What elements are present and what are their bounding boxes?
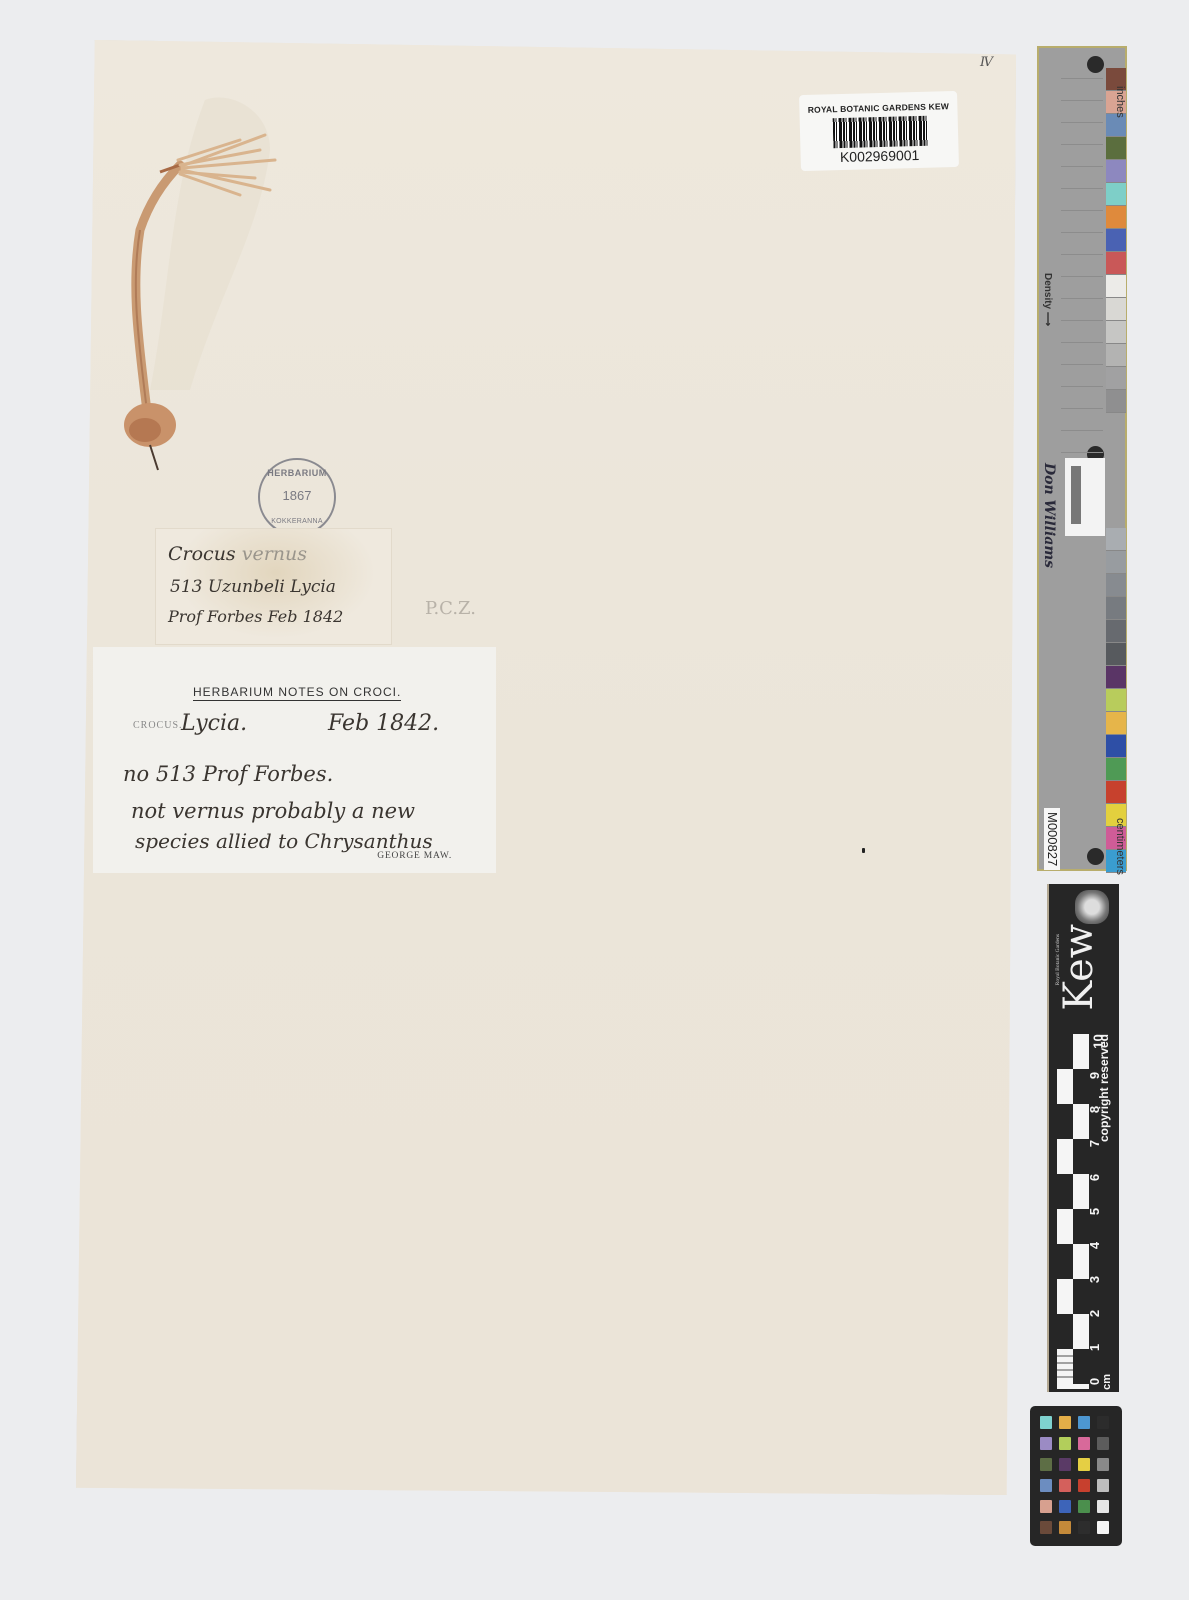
color-swatch <box>1106 229 1126 252</box>
color-swatch <box>1106 735 1126 758</box>
checker-color-cell <box>1097 1500 1109 1513</box>
color-swatch <box>1106 643 1126 666</box>
checker-color-cell <box>1059 1416 1071 1429</box>
cm-scale-number: 5 <box>1087 1208 1102 1215</box>
color-swatch <box>1106 689 1126 712</box>
cm-scale-number: 9 <box>1087 1072 1102 1079</box>
stamp-bottom-text: KOKKERANNA <box>260 518 334 525</box>
color-swatch <box>1106 390 1126 413</box>
cm-scale-numbers: 012345678910 <box>1089 1034 1109 1389</box>
label-line-2: 513 Uzunbeli Lycia <box>170 577 336 597</box>
cm-scale-number: 6 <box>1087 1174 1102 1181</box>
color-swatch <box>1106 551 1126 574</box>
ruler-brand: Don Williams <box>1041 463 1057 568</box>
checker-color-cell <box>1059 1437 1071 1450</box>
herbarium-stamp: HERBARIUM 1867 KOKKERANNA <box>258 458 336 536</box>
ruler-swatches-upper <box>1106 68 1126 413</box>
color-swatch <box>1106 712 1126 735</box>
color-swatch <box>1106 206 1126 229</box>
color-swatch <box>1106 597 1126 620</box>
kew-subtitle: Royal Botanic Gardens <box>1055 934 1061 985</box>
ruler-gray-target <box>1065 458 1105 536</box>
cm-scale-number: 10 <box>1091 1034 1106 1048</box>
sheet-corner-mark: Ⅳ <box>980 55 993 70</box>
cm-scale-number: 1 <box>1087 1344 1102 1351</box>
checker-color-cell <box>1078 1500 1090 1513</box>
cm-unit-label: cm <box>1101 1374 1113 1390</box>
cm-scale-number: 3 <box>1087 1276 1102 1283</box>
checker-color-cell <box>1097 1479 1109 1492</box>
card-note-3: species allied to Chrysanthus <box>135 829 433 853</box>
sheet-speck <box>862 848 865 853</box>
label-genus: Crocus <box>168 543 236 565</box>
cm-scale-number: 7 <box>1087 1140 1102 1147</box>
color-swatch <box>1106 183 1126 206</box>
color-swatch <box>1106 298 1126 321</box>
color-swatch <box>1106 160 1126 183</box>
ruler-density-label: Density ⟶ <box>1042 273 1053 326</box>
label-species-faint: vernus <box>242 543 307 565</box>
maw-notes-card: HERBARIUM NOTES ON CROCI. CROCUS. Lycia.… <box>93 647 496 873</box>
cm-scale-icon <box>1057 1034 1089 1389</box>
checker-color-cell <box>1078 1479 1090 1492</box>
checker-color-cell <box>1078 1437 1090 1450</box>
pencil-annotation: P.C.Z. <box>425 598 476 619</box>
checker-color-cell <box>1078 1416 1090 1429</box>
checker-color-cell <box>1059 1458 1071 1471</box>
color-swatch <box>1106 781 1126 804</box>
color-checker-card <box>1030 1406 1122 1546</box>
checker-color-cell <box>1040 1416 1052 1429</box>
checker-color-cell <box>1059 1500 1071 1513</box>
checker-color-cell <box>1040 1479 1052 1492</box>
barcode-label: ROYAL BOTANIC GARDENS KEW K002969001 <box>799 91 959 171</box>
card-note-2: not vernus probably a new <box>131 799 415 823</box>
checker-color-cell <box>1059 1479 1071 1492</box>
color-ruler: inches Density ⟶ Don Williams M000827 ce… <box>1037 46 1127 871</box>
ruler-data-grid <box>1061 78 1103 458</box>
checker-color-cell <box>1040 1437 1052 1450</box>
card-genus-printed: CROCUS. <box>133 720 183 731</box>
checker-color-cell <box>1078 1521 1090 1534</box>
cm-scale-number: 0 <box>1087 1378 1102 1385</box>
kew-crest-icon <box>1075 890 1109 924</box>
crocus-specimen-icon <box>110 90 340 490</box>
color-swatch <box>1106 367 1126 390</box>
color-swatch <box>1106 252 1126 275</box>
kew-scale-bar: Kew Royal Botanic Gardens copyright rese… <box>1047 884 1119 1392</box>
color-swatch <box>1106 344 1126 367</box>
checker-color-cell <box>1097 1416 1109 1429</box>
card-date: Feb 1842. <box>328 711 439 736</box>
barcode-number: K002969001 <box>800 146 958 166</box>
checker-color-cell <box>1097 1437 1109 1450</box>
card-location: Lycia. <box>181 711 247 736</box>
color-swatch <box>1106 275 1126 298</box>
ruler-inches-label: inches <box>1114 86 1126 118</box>
checker-color-cell <box>1040 1458 1052 1471</box>
label-line-3: Prof Forbes Feb 1842 <box>168 607 343 626</box>
checker-color-cell <box>1040 1521 1052 1534</box>
checker-color-cell <box>1059 1521 1071 1534</box>
label-line-1: Crocus vernus <box>168 543 307 565</box>
card-note-1: no 513 Prof Forbes. <box>123 762 333 786</box>
stamp-top-text: HERBARIUM <box>260 468 334 478</box>
checker-color-cell <box>1097 1458 1109 1471</box>
barcode-icon <box>833 116 929 148</box>
ruler-cm-label: centimeters <box>1114 818 1126 875</box>
color-swatch <box>1106 758 1126 781</box>
color-swatch <box>1106 666 1126 689</box>
checker-color-cell <box>1078 1458 1090 1471</box>
ruler-hole-icon <box>1087 848 1104 865</box>
card-header: HERBARIUM NOTES ON CROCI. <box>193 685 401 701</box>
kew-logo: Kew <box>1059 924 1099 1011</box>
checker-color-cell <box>1040 1500 1052 1513</box>
checker-color-cell <box>1097 1521 1109 1534</box>
color-swatch <box>1106 321 1126 344</box>
color-swatch <box>1106 620 1126 643</box>
cm-scale-number: 4 <box>1087 1242 1102 1249</box>
card-signature: GEORGE MAW. <box>377 851 452 861</box>
ruler-hole-icon <box>1087 56 1104 73</box>
color-swatch <box>1106 528 1126 551</box>
cm-scale-number: 8 <box>1087 1106 1102 1113</box>
ruler-id-label: M000827 <box>1044 808 1060 870</box>
stamp-year: 1867 <box>260 488 334 503</box>
cm-scale-number: 2 <box>1087 1310 1102 1317</box>
color-swatch <box>1106 574 1126 597</box>
original-collection-label: Crocus vernus 513 Uzunbeli Lycia Prof Fo… <box>155 528 392 645</box>
color-swatch <box>1106 137 1126 160</box>
barcode-institution: ROYAL BOTANIC GARDENS KEW <box>799 101 957 115</box>
